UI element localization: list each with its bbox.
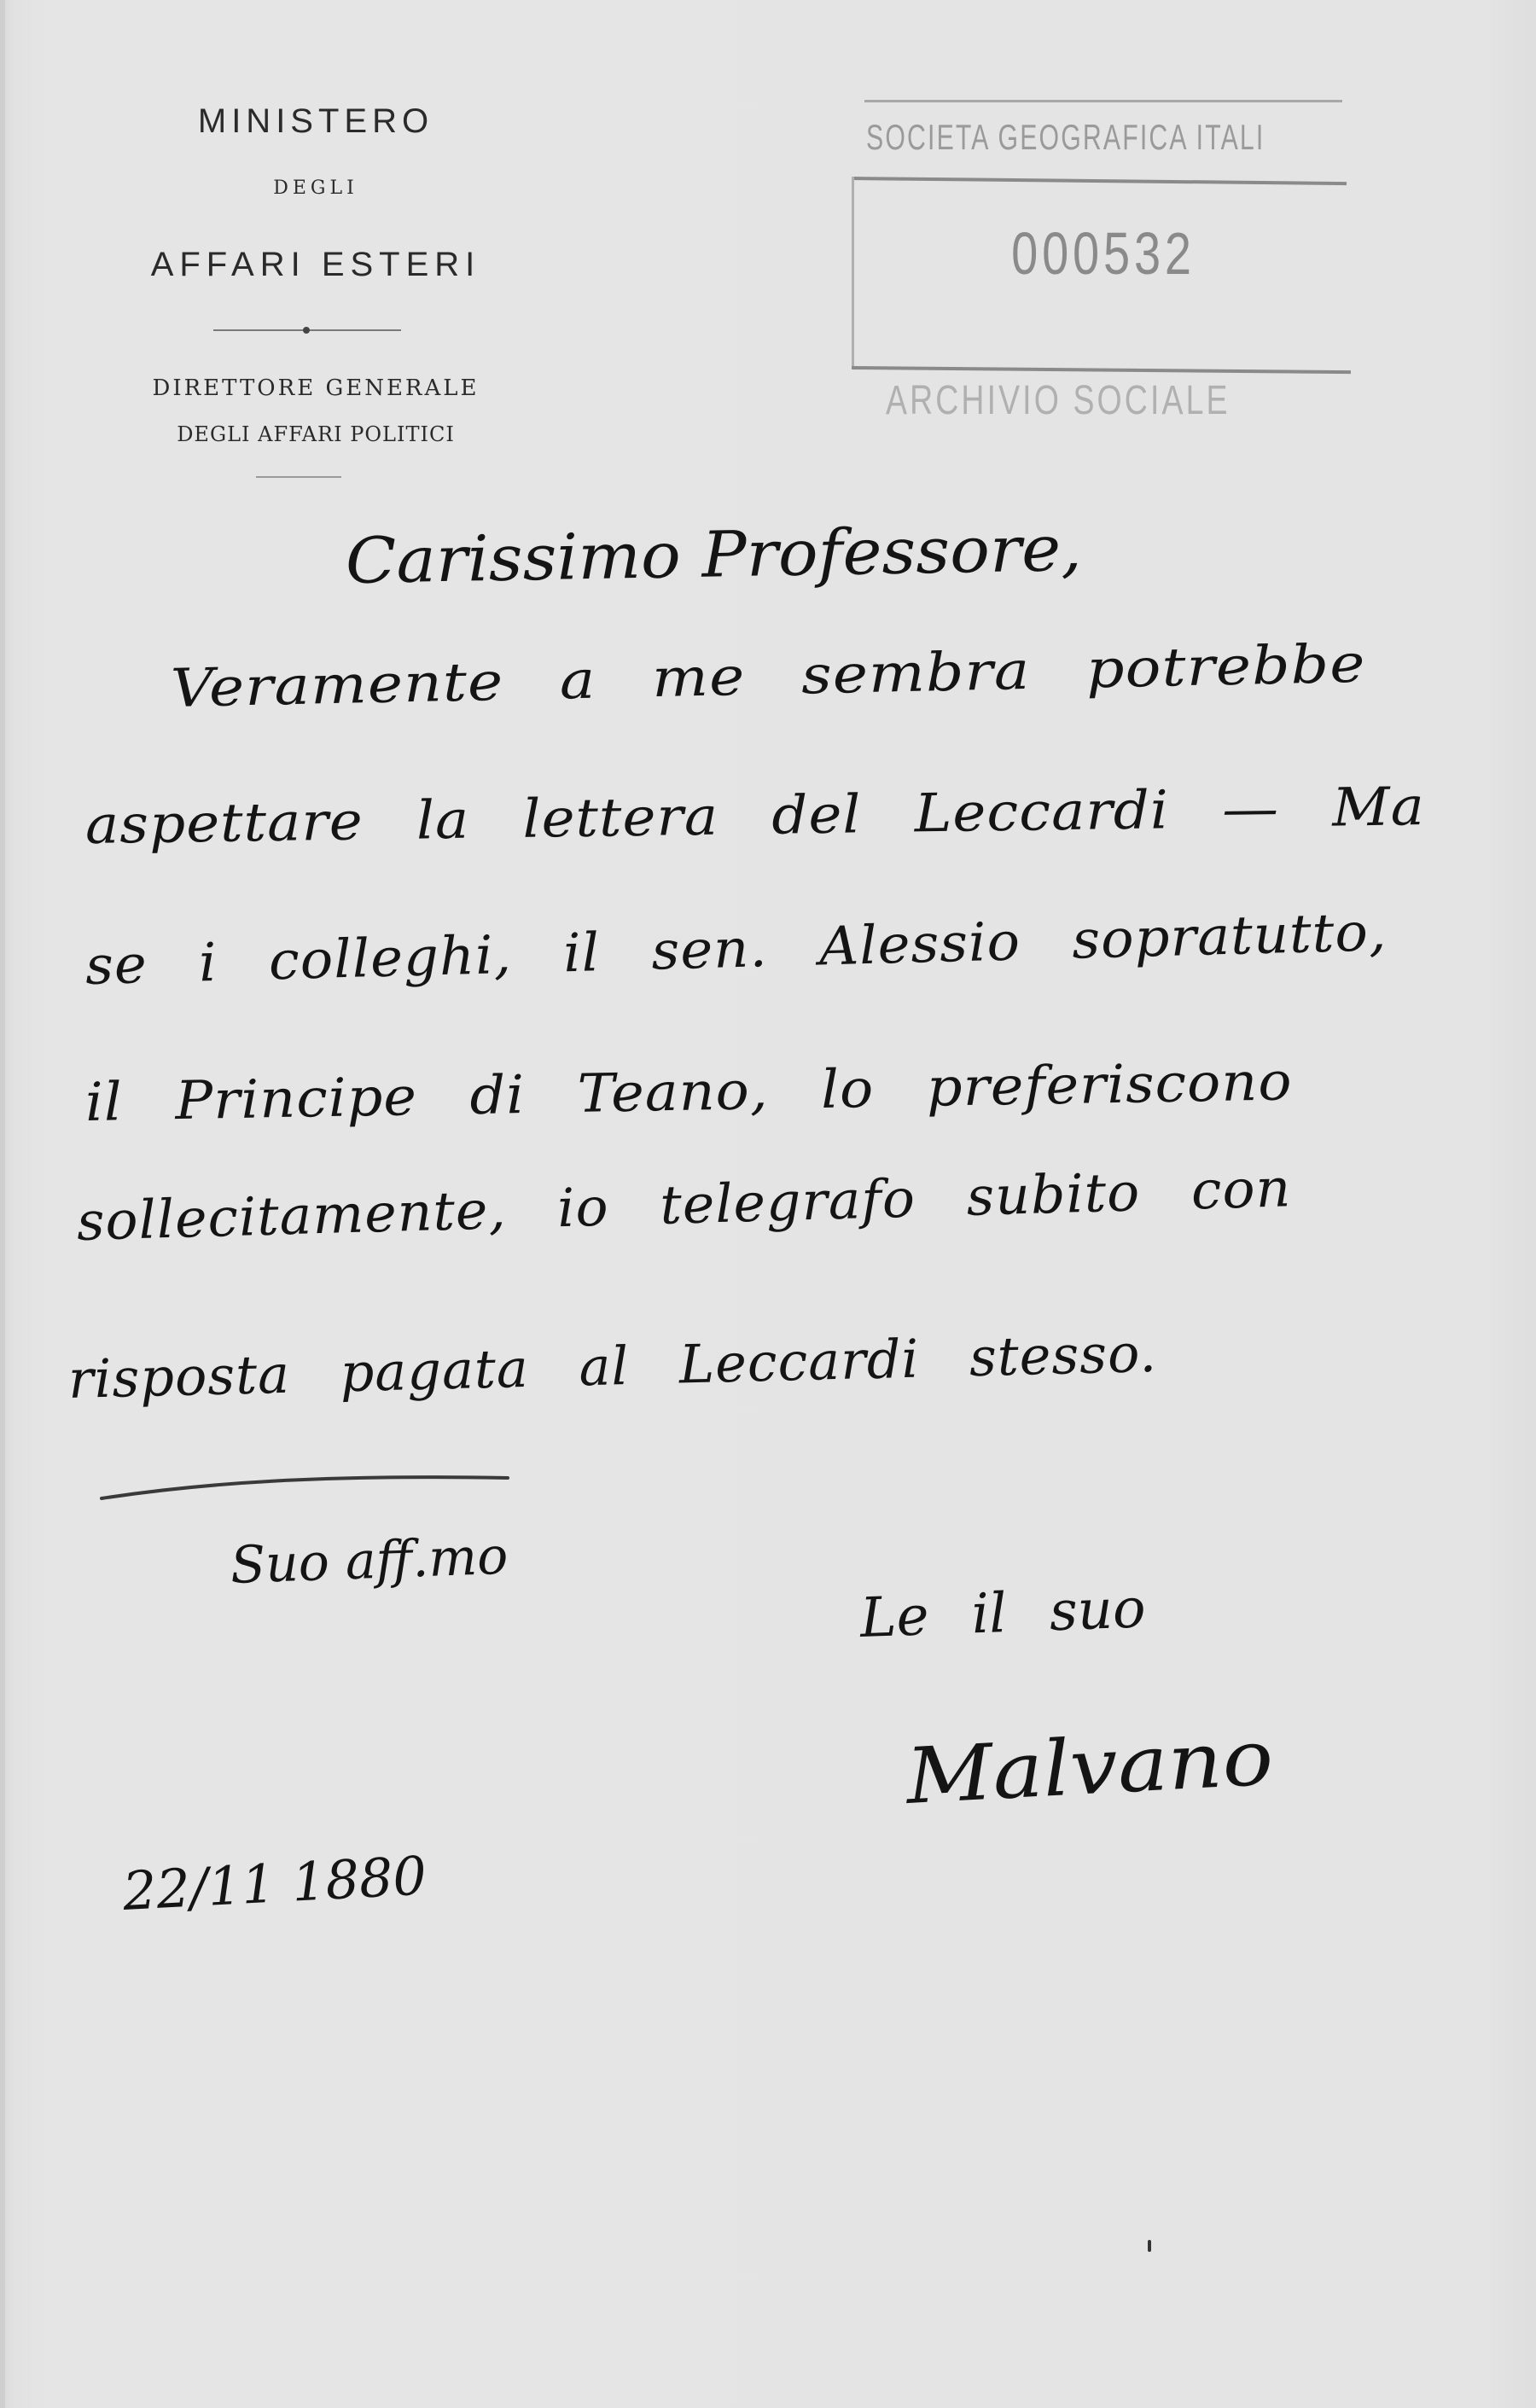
page-edge (0, 0, 5, 2408)
letterhead-ministry: MINISTERO (85, 102, 546, 141)
letterhead-degli: DEGLI (85, 177, 546, 199)
stamp-archive-number: 000532 (899, 219, 1308, 288)
letterhead-divider-short (256, 476, 341, 478)
stamp-left-rule (852, 177, 854, 369)
letter-signature: Malvano (904, 1713, 1275, 1822)
letterhead-foreign-affairs: AFFARI ESTERI (85, 246, 546, 284)
stamp-top-rule (864, 100, 1342, 102)
letter-closing-right: Le il suo (859, 1577, 1147, 1650)
letterhead-office-department: DEGLI AFFARI POLITICI (85, 422, 546, 446)
letterhead-office-title: DIRETTORE GENERALE (85, 375, 546, 401)
stamp-archive-label: ARCHIVIO SOCIALE (886, 377, 1259, 424)
letter-closing-left: Suo aff.mo (230, 1527, 509, 1596)
letterhead-divider-dot (303, 327, 310, 334)
stamp-bottom-rule (852, 366, 1351, 374)
stamp-society-name: SOCIETA GEOGRAFICA ITALI (866, 117, 1210, 158)
pen-flourish (100, 1468, 509, 1502)
archive-stamp: SOCIETA GEOGRAFICA ITALI 000532 ARCHIVIO… (847, 100, 1359, 433)
ink-speck (1148, 2240, 1151, 2252)
stamp-middle-rule (852, 177, 1347, 185)
letter-greeting: Carissimo Professore, (345, 512, 1082, 598)
